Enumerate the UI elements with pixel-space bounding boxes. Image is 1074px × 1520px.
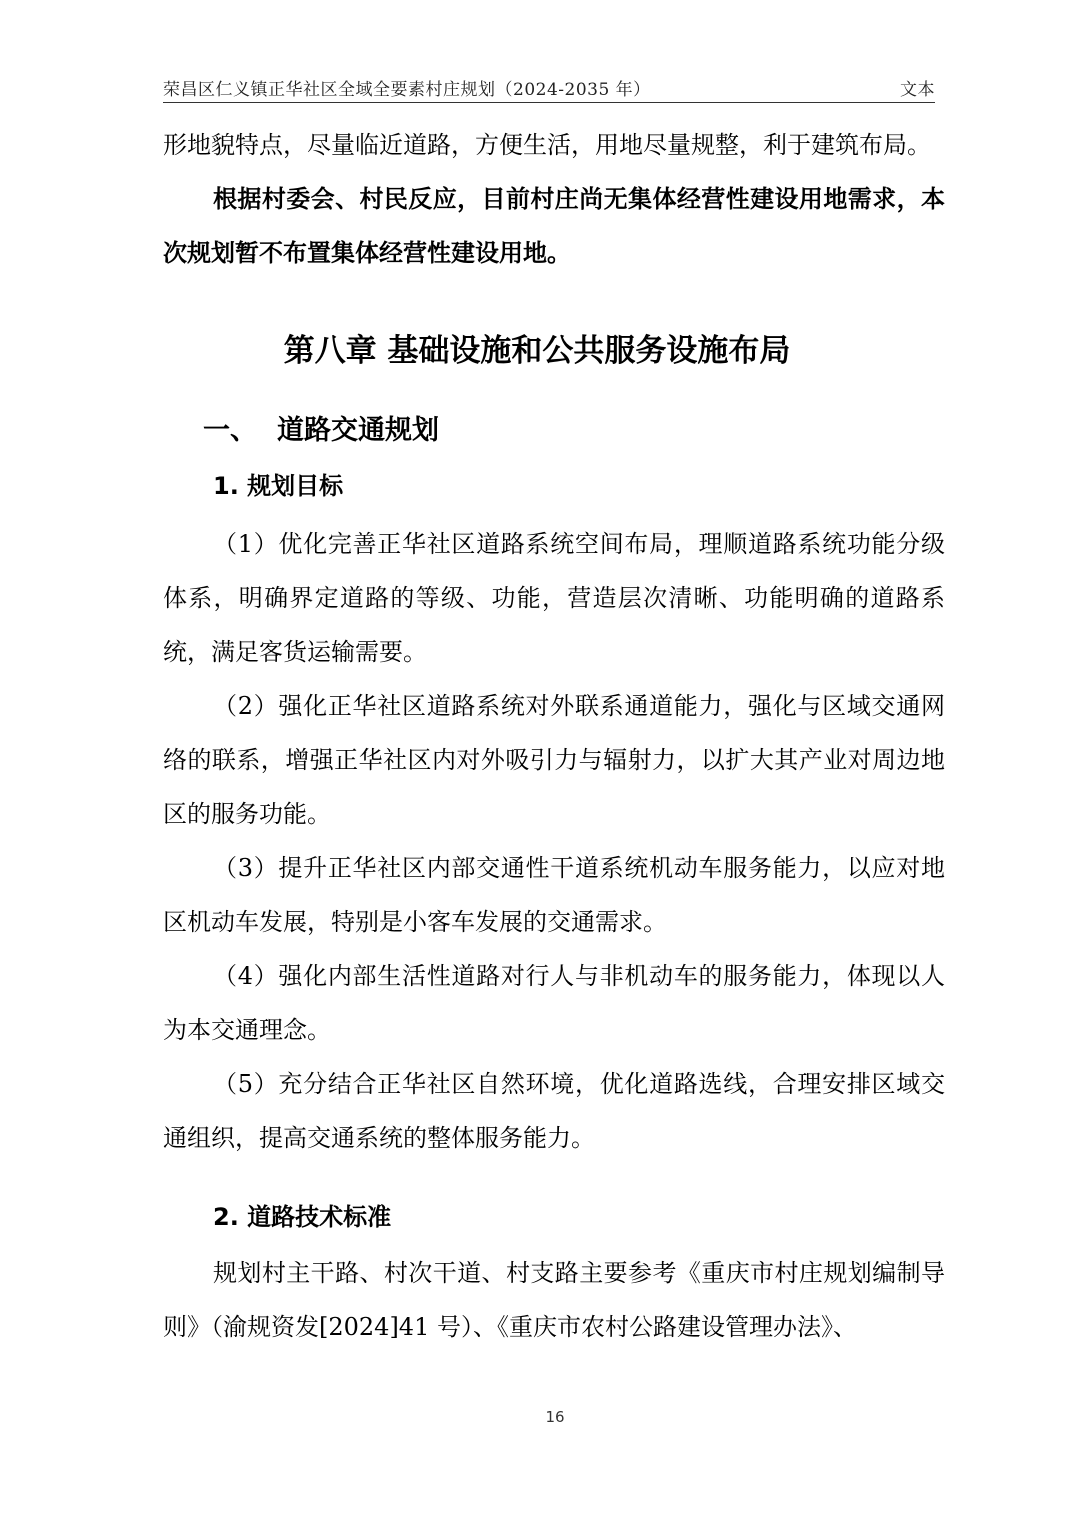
document-title: 荣昌区仁义镇正华社区全域全要素村庄规划（2024-2035 年）	[163, 75, 651, 100]
section-number: 一、	[203, 408, 277, 447]
standards-block: 规划村主干路、村次干道、村支路主要参考《重庆市村庄规划编制导则》（渝规资发[20…	[163, 1246, 945, 1354]
chapter-title: 第八章 基础设施和公共服务设施布局	[0, 325, 1074, 370]
goal-item: （5）充分结合正华社区自然环境，优化道路选线，合理安排区域交通组织，提高交通系统…	[163, 1057, 945, 1165]
page-number: 16	[0, 1408, 1074, 1426]
subsection-heading-2: 2. 道路技术标准	[213, 1197, 391, 1232]
goals-list: （1）优化完善正华社区道路系统空间布局，理顺道路系统功能分级体系，明确界定道路的…	[163, 517, 945, 1165]
subsection-heading-1: 1. 规划目标	[213, 466, 343, 501]
section-title: 道路交通规划	[277, 415, 439, 446]
goal-item: （1）优化完善正华社区道路系统空间布局，理顺道路系统功能分级体系，明确界定道路的…	[163, 517, 945, 679]
goal-item: （2）强化正华社区道路系统对外联系通道能力，强化与区域交通网络的联系，增强正华社…	[163, 679, 945, 841]
intro-line: 形地貌特点，尽量临近道路，方便生活，用地尽量规整，利于建筑布局。	[163, 118, 945, 172]
document-tag: 文本	[900, 75, 935, 100]
goal-item: （4）强化内部生活性道路对行人与非机动车的服务能力，体现以人为本交通理念。	[163, 949, 945, 1057]
intro-bold-paragraph: 根据村委会、村民反应，目前村庄尚无集体经营性建设用地需求，本次规划暂不布置集体经…	[163, 172, 945, 280]
section-heading: 一、道路交通规划	[203, 408, 439, 447]
goal-item: （3）提升正华社区内部交通性干道系统机动车服务能力，以应对地区机动车发展，特别是…	[163, 841, 945, 949]
intro-block: 形地貌特点，尽量临近道路，方便生活，用地尽量规整，利于建筑布局。 根据村委会、村…	[163, 118, 945, 280]
page-header: 荣昌区仁义镇正华社区全域全要素村庄规划（2024-2035 年） 文本	[163, 76, 935, 103]
standards-paragraph: 规划村主干路、村次干道、村支路主要参考《重庆市村庄规划编制导则》（渝规资发[20…	[163, 1246, 945, 1354]
